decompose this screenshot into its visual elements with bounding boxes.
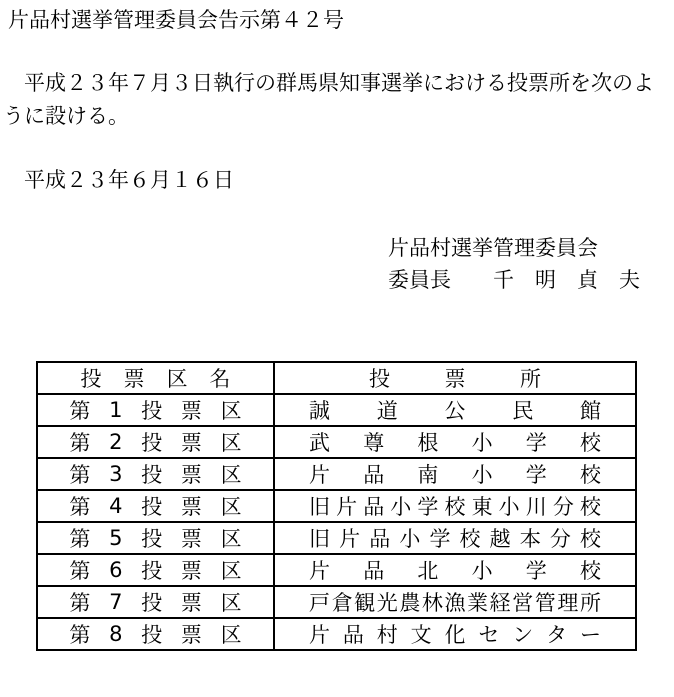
header-place-label: 投票所 — [369, 363, 541, 393]
place-text: 片品村文化センター — [309, 619, 601, 649]
district-cell: 第2投票区 — [37, 426, 274, 458]
district-cell: 第4投票区 — [37, 490, 274, 522]
table-row: 第3投票区 片品南小学校 — [37, 458, 636, 490]
place-cell: 旧片品小学校東小川分校 — [274, 490, 636, 522]
place-cell: 旧片品小学校越本分校 — [274, 522, 636, 554]
district-text: 第8投票区 — [70, 619, 242, 649]
header-cell-place: 投票所 — [274, 362, 636, 394]
district-cell: 第3投票区 — [37, 458, 274, 490]
district-cell: 第5投票区 — [37, 522, 274, 554]
place-cell: 武尊根小学校 — [274, 426, 636, 458]
signature-chairperson: 委員長 千 明 貞 夫 — [388, 269, 640, 292]
district-text: 第4投票区 — [70, 491, 242, 521]
table-header-row: 投票区名 投票所 — [37, 362, 636, 394]
place-text: 片品南小学校 — [309, 459, 601, 489]
district-text: 第2投票区 — [70, 427, 242, 457]
notice-date: 平成２３年６月１６日 — [3, 169, 234, 192]
place-cell: 片品南小学校 — [274, 458, 636, 490]
district-cell: 第8投票区 — [37, 618, 274, 650]
district-cell: 第7投票区 — [37, 586, 274, 618]
header-district-label: 投票区名 — [81, 363, 231, 393]
table-row: 第4投票区 旧片品小学校東小川分校 — [37, 490, 636, 522]
district-cell: 第1投票区 — [37, 394, 274, 426]
place-cell: 誠道公民館 — [274, 394, 636, 426]
district-text: 第6投票区 — [70, 555, 242, 585]
table-row: 第7投票区 戸倉観光農林漁業経営管理所 — [37, 586, 636, 618]
place-cell: 戸倉観光農林漁業経営管理所 — [274, 586, 636, 618]
table-row: 第2投票区 武尊根小学校 — [37, 426, 636, 458]
district-text: 第3投票区 — [70, 459, 242, 489]
notice-body-line-1: 平成２３年７月３日執行の群馬県知事選挙における投票所を次のよ — [3, 72, 654, 95]
table-row: 第8投票区 片品村文化センター — [37, 618, 636, 650]
header-cell-district: 投票区名 — [37, 362, 274, 394]
place-text: 武尊根小学校 — [309, 427, 601, 457]
place-text: 誠道公民館 — [309, 395, 601, 425]
place-text: 旧片品小学校越本分校 — [309, 523, 601, 553]
place-cell: 片品村文化センター — [274, 618, 636, 650]
signature-issuer: 片品村選挙管理委員会 — [388, 237, 598, 260]
place-text: 戸倉観光農林漁業経営管理所 — [309, 587, 601, 617]
table-row: 第6投票区 片品北小学校 — [37, 554, 636, 586]
table-row: 第5投票区 旧片品小学校越本分校 — [37, 522, 636, 554]
district-cell: 第6投票区 — [37, 554, 274, 586]
place-text: 旧片品小学校東小川分校 — [309, 491, 601, 521]
notice-title: 片品村選挙管理委員会告示第４２号 — [8, 9, 344, 32]
notice-body-line-2: うに設ける。 — [3, 105, 129, 128]
district-text: 第1投票区 — [70, 395, 242, 425]
district-text: 第5投票区 — [70, 523, 242, 553]
notice-document: { "page": { "background": "#ffffff", "te… — [0, 0, 674, 697]
place-text: 片品北小学校 — [309, 555, 601, 585]
polling-stations-table: 投票区名 投票所 第1投票区 誠道公民館 第2投票区 武尊根小学校 第3投票区 … — [36, 361, 637, 651]
place-cell: 片品北小学校 — [274, 554, 636, 586]
district-text: 第7投票区 — [70, 587, 242, 617]
table-row: 第1投票区 誠道公民館 — [37, 394, 636, 426]
